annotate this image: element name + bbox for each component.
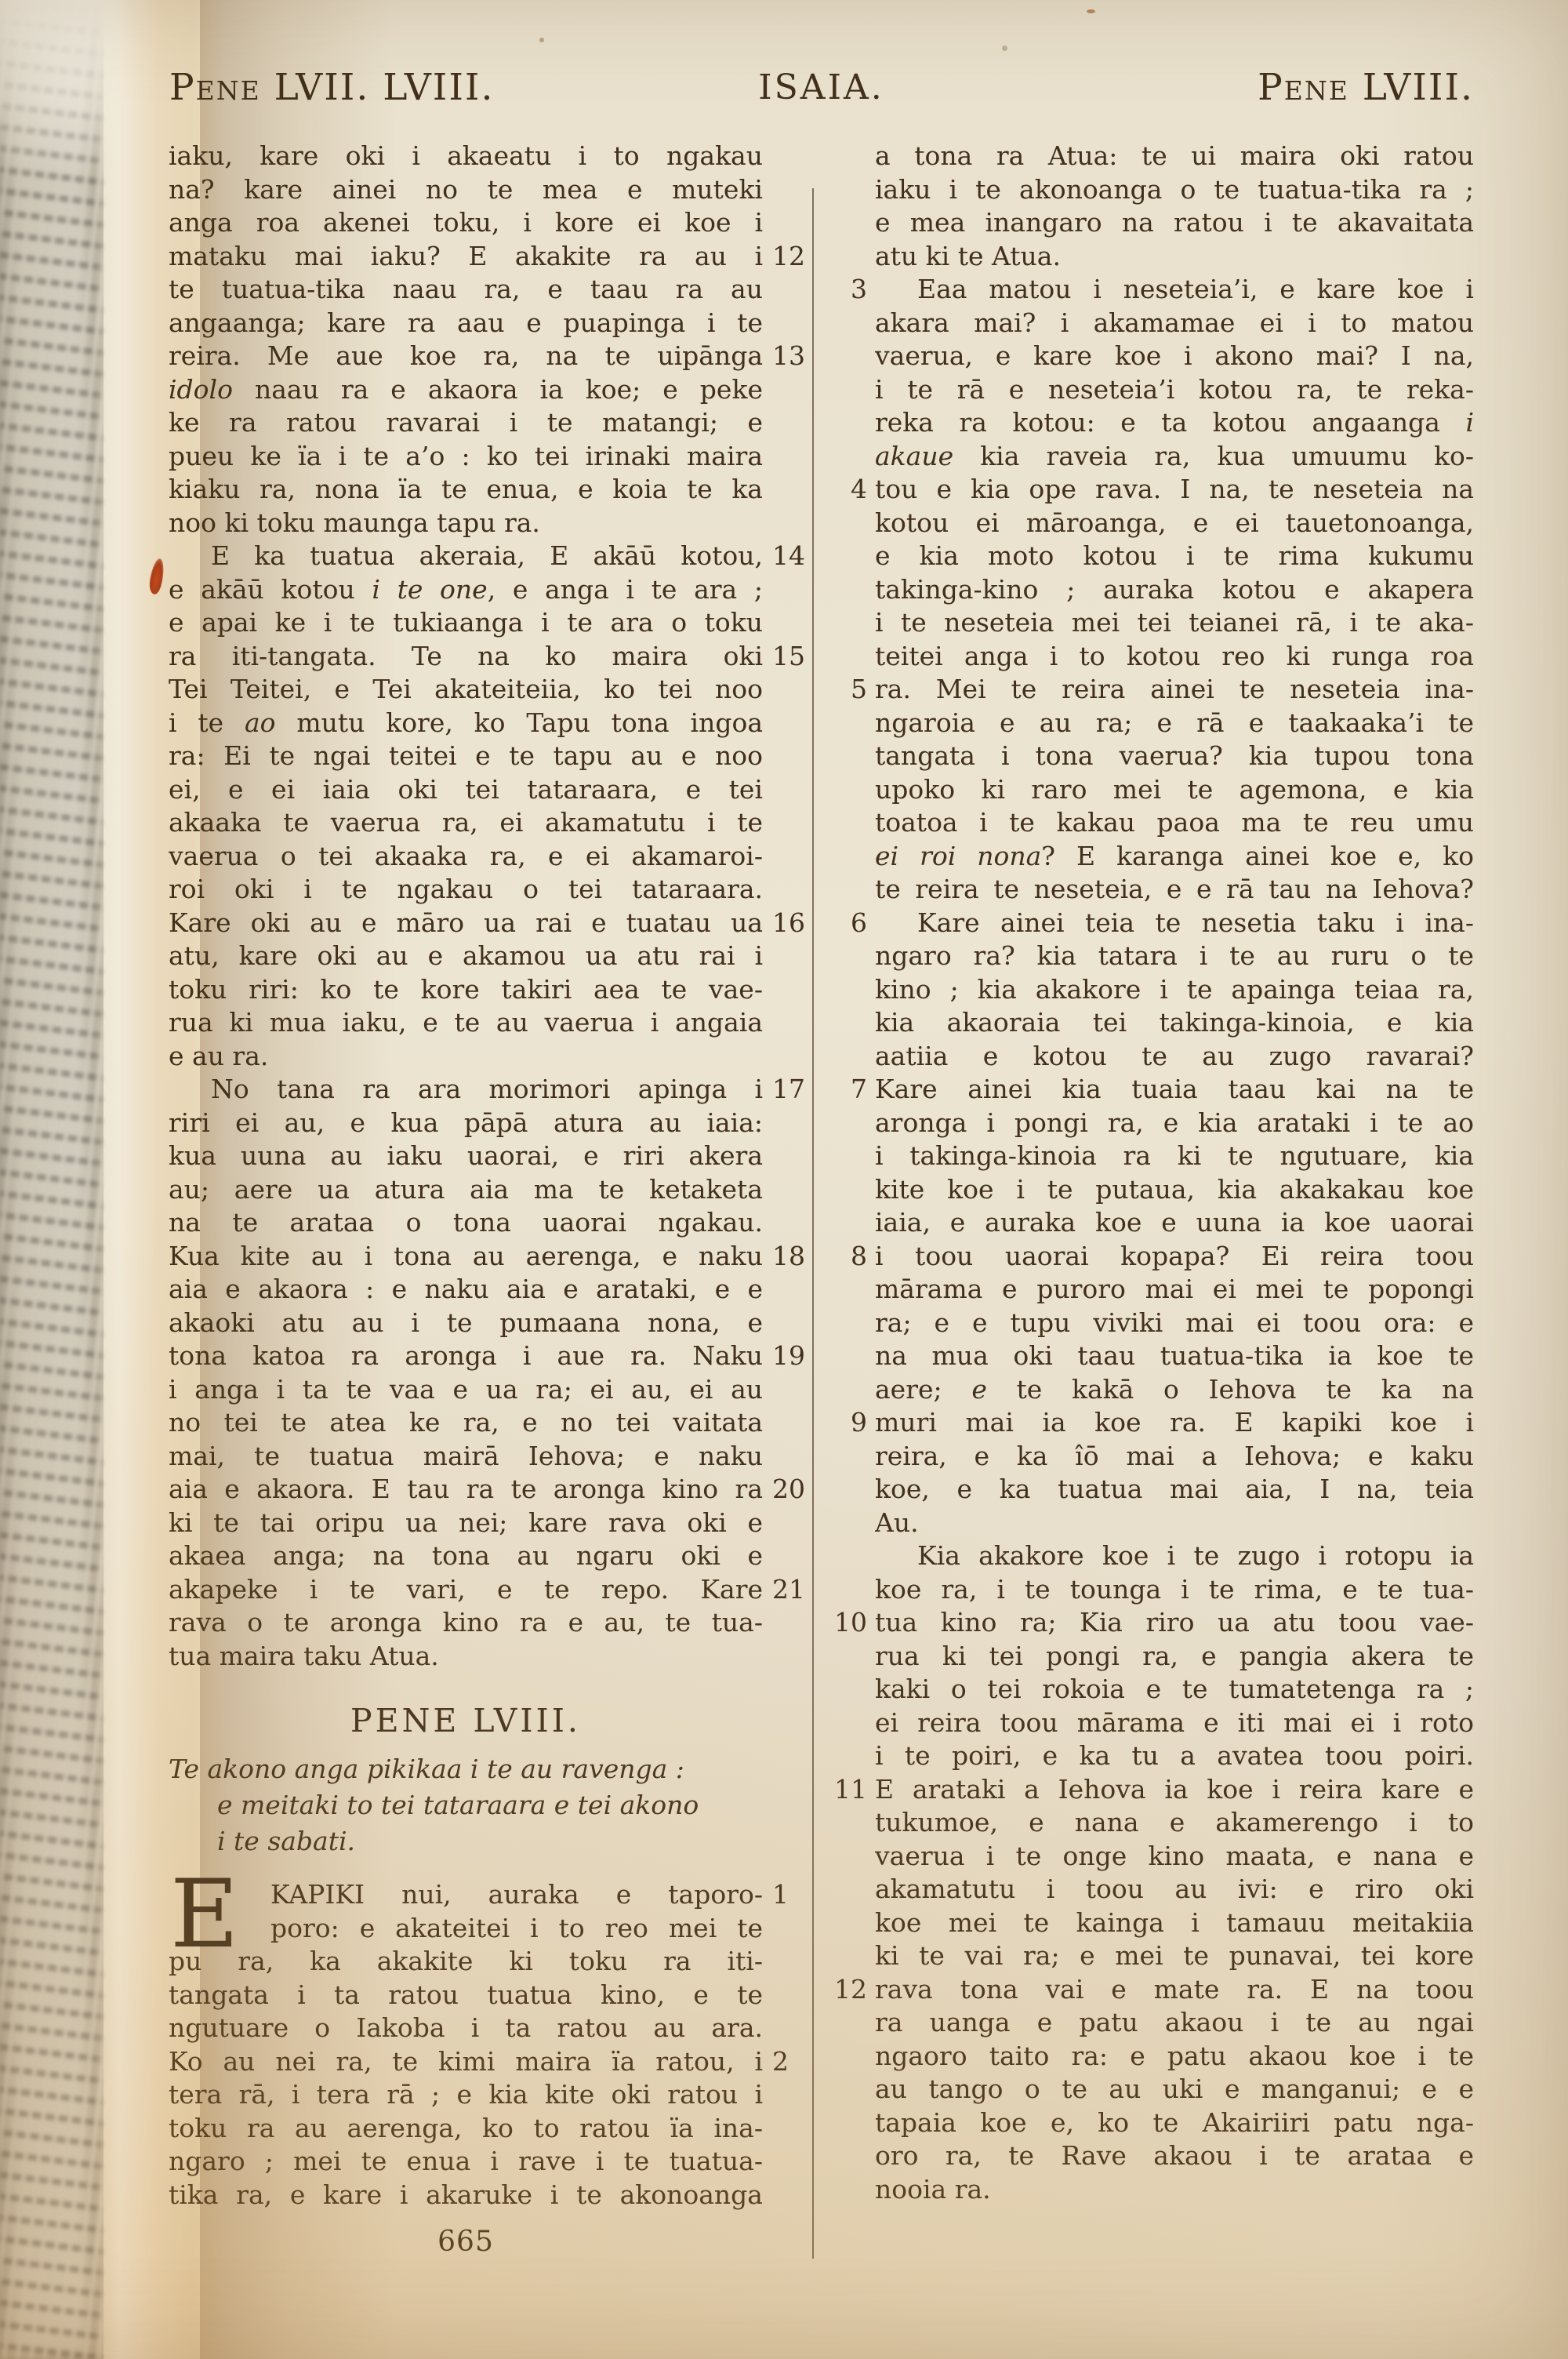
text-line: rua ki tei pongi ra, e pangia akera te bbox=[875, 1640, 1474, 1674]
text-line: i te poiri, e ka tu a avatea toou poiri. bbox=[875, 1739, 1474, 1773]
text-line: kua uuna au iaku uaorai, e riri akera bbox=[169, 1140, 763, 1173]
text-line: vaerua o tei akaaka ra, e ei akamaroi- bbox=[169, 840, 763, 874]
text-line: akaoki atu au i te pumaana nona, e bbox=[169, 1307, 763, 1340]
verse-number: 12 bbox=[772, 240, 805, 274]
text-line: akara mai? i akamamae ei i to matou bbox=[875, 307, 1474, 340]
text-line: ke ra ratou ravarai i te matangi; e bbox=[169, 406, 763, 440]
verse-number: 17 bbox=[772, 1073, 805, 1107]
text-line: kotou ei māroanga, e ei tauetonoanga, bbox=[875, 507, 1474, 540]
text-line: 16Kare oki au e māro ua rai e tuatau ua bbox=[169, 907, 763, 940]
text-line: ei roi nona? E karanga ainei koe e, ko bbox=[875, 840, 1474, 874]
paper-speck bbox=[539, 38, 544, 42]
text-line: i te ao mutu kore, ko Tapu tona ingoa bbox=[169, 707, 763, 740]
text-line: ra; e e tupu viviki mai ei toou ora: e bbox=[875, 1307, 1474, 1340]
text-line: e au ra. bbox=[169, 1040, 763, 1074]
text-line: ra uanga e patu akaou i te au ngai bbox=[875, 2006, 1474, 2040]
text-line: 18Kua kite au i tona au aerenga, e naku bbox=[169, 1240, 763, 1274]
text-line: anga roa akenei toku, i kore ei koe i bbox=[169, 206, 763, 240]
text-line: 19tona katoa ra aronga i aue ra. Naku bbox=[169, 1339, 763, 1373]
text-line: 2Ko au nei ra, te kimi maira ïa ratou, i bbox=[169, 2045, 763, 2079]
verse-number: 15 bbox=[772, 640, 805, 674]
text-line: iaku i te akonoanga o te tuatua-tika ra … bbox=[875, 173, 1474, 207]
text-line: aatiia e kotou te au zugo ravarai? bbox=[875, 1040, 1474, 1074]
text-line: e apai ke i te tukiaanga i te ara o toku bbox=[169, 606, 763, 640]
text-line: 15ra iti-tangata. Te na ko maira oki bbox=[169, 640, 763, 674]
text-line: tangata i tona vaerua? kia tupou tona bbox=[875, 740, 1474, 773]
text-line: 21akapeke i te vari, e te repo. Kare bbox=[169, 1573, 763, 1607]
text-line: reira, e ka îō mai a Iehova; e kaku bbox=[875, 1440, 1474, 1474]
text-line: toatoa i te kakau paoa ma te reu umu bbox=[875, 806, 1474, 840]
blurred-opposite-text bbox=[0, 0, 103, 2359]
text-line: iaia, e auraka koe e uuna ia koe uaorai bbox=[875, 1206, 1474, 1240]
opposite-page-stack bbox=[0, 0, 103, 2359]
text-line: 17No tana ra ara morimori apinga i bbox=[169, 1073, 763, 1107]
verse-number: 13 bbox=[772, 340, 805, 373]
text-line: kiaku ra, nona ïa te enua, e koia te ka bbox=[169, 473, 763, 507]
text-line: ngaroia e au ra; e rā e taakaaka’i te bbox=[875, 707, 1474, 740]
chapter-heading: PENE LVIII. bbox=[169, 1701, 763, 1740]
text-line: riri ei au, e kua pāpā atura au iaia: bbox=[169, 1107, 763, 1140]
text-line: atu, kare oki au e akamou ua atu rai i bbox=[169, 940, 763, 973]
verse-number: 12 bbox=[834, 1973, 867, 2007]
text-line: i te neseteia mei tei teianei rā, i te a… bbox=[875, 606, 1474, 640]
verse-number: 5 bbox=[851, 673, 867, 707]
text-line: tukumoe, e nana e akamerengo i to bbox=[875, 1806, 1474, 1840]
verse-number: 18 bbox=[772, 1240, 805, 1274]
verse-number: 4 bbox=[851, 473, 867, 507]
verse-number: 7 bbox=[851, 1073, 867, 1107]
text-line: a tona ra Atua: te ui maira oki ratou bbox=[875, 140, 1474, 173]
text-line: na? kare ainei no te mea e muteki bbox=[169, 173, 763, 207]
text-line: poro: e akateitei i to reo mei te bbox=[169, 1912, 763, 1946]
right-column: a tona ra Atua: te ui maira oki ratouiak… bbox=[875, 140, 1474, 2206]
text-line: ngaoro taito ra: e patu akaou koe i te bbox=[875, 2040, 1474, 2074]
verse-number: 1 bbox=[772, 1878, 789, 1912]
text-line: i te rā e neseteia’i kotou ra, te reka- bbox=[875, 373, 1474, 407]
text-line: tapaia koe e, ko te Akairiiri patu nga- bbox=[875, 2106, 1474, 2140]
text-line: vaerua, e kare koe i akono mai? I na, bbox=[875, 340, 1474, 373]
running-header-right: Pene LVIII. bbox=[1258, 66, 1474, 109]
text-line: takinga-kino ; auraka kotou e akapera bbox=[875, 573, 1474, 607]
text-line: 12mataku mai iaku? E akakite ra au i bbox=[169, 240, 763, 274]
text-line: Kia akakore koe i te zugo i rotopu ia bbox=[875, 1539, 1474, 1573]
text-line: Au. bbox=[875, 1507, 1474, 1540]
text-line: e akāū kotou i te one, e anga i te ara ; bbox=[169, 573, 763, 607]
text-line: kino ; kia akakore i te apainga teiaa ra… bbox=[875, 973, 1474, 1007]
text-line: teitei anga i to kotou reo ki runga roa bbox=[875, 640, 1474, 674]
text-line: pu ra, ka akakite ki toku ra iti- bbox=[169, 1945, 763, 1979]
text-line: rava o te aronga kino ra e au, te tua- bbox=[169, 1606, 763, 1640]
verse-number: 3 bbox=[851, 273, 867, 307]
text-line: i anga i ta te vaa e ua ra; ei au, ei au bbox=[169, 1373, 763, 1407]
text-line: 10tua kino ra; Kia riro ua atu toou vae- bbox=[875, 1606, 1474, 1640]
text-line: tua maira taku Atua. bbox=[169, 1640, 763, 1674]
text-line: te tuatua-tika naau ra, e taau ra au bbox=[169, 273, 763, 307]
text-line: nooia ra. bbox=[875, 2173, 1474, 2207]
book-page-photo: Pene LVII. LVIII. ISAIA. Pene LVIII. iak… bbox=[0, 0, 1568, 2359]
text-line: au tango o te au uki e manganui; e e bbox=[875, 2073, 1474, 2106]
text-line: 14E ka tuatua akeraia, E akāū kotou, bbox=[169, 540, 763, 573]
verse-number: 10 bbox=[834, 1606, 867, 1640]
text-line: ki te tai oripu ua nei; kare rava oki e bbox=[169, 1507, 763, 1540]
verse-number: 19 bbox=[772, 1339, 805, 1373]
verse-number: 16 bbox=[772, 907, 805, 940]
text-line: koe, e ka tuatua mai aia, I na, teia bbox=[875, 1473, 1474, 1507]
text-line: mārama e puroro mai ei mei te popongi bbox=[875, 1273, 1474, 1307]
verse-number: 20 bbox=[772, 1473, 805, 1507]
text-line: roi oki i te ngakau o tei tataraara. bbox=[169, 873, 763, 907]
text-line: tera rā, i tera rā ; e kia kite oki rato… bbox=[169, 2078, 763, 2112]
verse-number: 11 bbox=[834, 1773, 867, 1807]
text-line: aere; e te kakā o Iehova te ka na bbox=[875, 1373, 1474, 1407]
text-line: mai, te tuatua mairā Iehova; e naku bbox=[169, 1440, 763, 1474]
column-divider-rule bbox=[812, 188, 814, 2259]
text-line: toku riri: ko te kore takiri aea te vae- bbox=[169, 973, 763, 1007]
text-line: 20aia e akaora. E tau ra te aronga kino … bbox=[169, 1473, 763, 1507]
text-line: aia e akaora : e naku aia e arataki, e e bbox=[169, 1273, 763, 1307]
text-line: akaue kia raveia ra, kua umuumu ko- bbox=[875, 440, 1474, 474]
text-line: ei, e ei iaia oki tei tataraara, e tei bbox=[169, 773, 763, 807]
text-line: ngutuare o Iakoba i ta ratou au ara. bbox=[169, 2012, 763, 2045]
text-line: na te arataa o tona uaorai ngakau. bbox=[169, 1206, 763, 1240]
text-line: na mua oki taau tuatua-tika ia koe te bbox=[875, 1339, 1474, 1373]
text-line: au; aere ua atura aia ma te ketaketa bbox=[169, 1173, 763, 1207]
text-line: upoko ki raro mei te agemona, e kia bbox=[875, 773, 1474, 807]
text-line: idolo naau ra e akaora ia koe; e peke bbox=[169, 373, 763, 407]
text-line: angaanga; kare ra aau e puapinga i te bbox=[169, 307, 763, 340]
text-line: kia akaoraia tei takinga-kinoia, e kia bbox=[875, 1006, 1474, 1040]
verse-number: 6 bbox=[851, 907, 867, 940]
text-line: ki te vai ra; e mei te punavai, tei kore bbox=[875, 1939, 1474, 1973]
text-line: kaki o tei rokoia e te tumatetenga ra ; bbox=[875, 1673, 1474, 1707]
text-line: 9muri mai ia koe ra. E kapiki koe i bbox=[875, 1406, 1474, 1440]
text-line: Tei Teitei, e Tei akateiteiia, ko tei no… bbox=[169, 673, 763, 707]
text-line: oro ra, te Rave akaou i te arataa e bbox=[875, 2139, 1474, 2173]
text-line: 13reira. Me aue koe ra, na te uipānga bbox=[169, 340, 763, 373]
text-line: aronga i pongi ra, e kia arataki i te ao bbox=[875, 1107, 1474, 1140]
text-line: 6Kare ainei teia te nesetia taku i ina- bbox=[875, 907, 1474, 940]
verse-number: 21 bbox=[772, 1573, 805, 1607]
text-line: vaerua i te onge kino maata, e nana e bbox=[875, 1840, 1474, 1874]
text-line: e mea inangaro na ratou i te akavaitata bbox=[875, 206, 1474, 240]
summary-line: e meitaki to tei tataraara e tei akono bbox=[169, 1787, 763, 1823]
verse-number: 9 bbox=[851, 1406, 867, 1440]
text-line: te reira te neseteia, e e rā tau na Ieho… bbox=[875, 873, 1474, 907]
verse-number: 14 bbox=[772, 540, 805, 573]
summary-line: Te akono anga pikikaa i te au ravenga : bbox=[169, 1751, 763, 1787]
text-line: akaaka te vaerua ra, ei akamatutu i te bbox=[169, 806, 763, 840]
text-line: akaea anga; na tona au ngaru oki e bbox=[169, 1539, 763, 1573]
text-line: koe ra, i te tounga i te rima, e te tua- bbox=[875, 1573, 1474, 1607]
text-line: 4tou e kia ope rava. I na, te neseteia n… bbox=[875, 473, 1474, 507]
paper-speck bbox=[1002, 45, 1007, 51]
verse-number: 8 bbox=[851, 1240, 867, 1274]
text-line: no tei te atea ke ra, e no tei vaitata bbox=[169, 1406, 763, 1440]
left-column: iaku, kare oki i akaeatu i to ngakauna? … bbox=[169, 140, 763, 2212]
text-line: e kia moto kotou i te rima kukumu bbox=[875, 540, 1474, 573]
text-line: ei reira toou mārama e iti mai ei i roto bbox=[875, 1707, 1474, 1740]
paper-speck bbox=[1087, 9, 1095, 13]
text-line: i takinga-kinoia ra ki te ngutuare, kia bbox=[875, 1140, 1474, 1173]
text-line: 5ra. Mei te reira ainei te neseteia ina- bbox=[875, 673, 1474, 707]
text-block: iaku, kare oki i akaeatu i to ngakauna? … bbox=[169, 140, 763, 1673]
verse-number: 2 bbox=[772, 2045, 789, 2079]
text-line: toku ra au aerenga, ko to ratou ïa ina- bbox=[169, 2112, 763, 2146]
text-line: 7Kare ainei kia tuaia taau kai na te bbox=[875, 1073, 1474, 1107]
text-line: rua ki mua iaku, e te au vaerua i angaia bbox=[169, 1006, 763, 1040]
text-line: reka ra kotou: e ta kotou angaanga i bbox=[875, 406, 1474, 440]
text-line: iaku, kare oki i akaeatu i to ngakau bbox=[169, 140, 763, 173]
text-line: 8i toou uaorai kopapa? Ei reira toou bbox=[875, 1240, 1474, 1274]
text-line: ra: Ei te ngai teitei e te tapu au e noo bbox=[169, 740, 763, 773]
summary-line: i te sabati. bbox=[169, 1823, 763, 1859]
chapter-summary: Te akono anga pikikaa i te au ravenga :e… bbox=[169, 1751, 763, 1859]
text-line: 1KAPIKI nui, auraka e taporo- bbox=[169, 1878, 763, 1912]
text-line: 3Eaa matou i neseteia’i, e kare koe i bbox=[875, 273, 1474, 307]
text-block: a tona ra Atua: te ui maira oki ratouiak… bbox=[875, 140, 1474, 2206]
text-line: atu ki te Atua. bbox=[875, 240, 1474, 274]
text-line: pueu ke ïa i te a’o : ko tei irinaki mai… bbox=[169, 440, 763, 474]
text-line: ngaro ra? kia tatara i te au ruru o te bbox=[875, 940, 1474, 973]
page-number: 665 bbox=[169, 2226, 763, 2258]
text-line: tangata i ta ratou tuatua kino, e te bbox=[169, 1979, 763, 2012]
text-line: ngaro ; mei te enua i rave i te tuatua- bbox=[169, 2145, 763, 2179]
text-line: 12rava tona vai e mate ra. E na toou bbox=[875, 1973, 1474, 2007]
text-line: koe mei te kainga i tamauu meitakiia bbox=[875, 1906, 1474, 1940]
text-line: akamatutu i toou au ivi: e riro oki bbox=[875, 1873, 1474, 1906]
text-line: 11E arataki a Iehova ia koe i reira kare… bbox=[875, 1773, 1474, 1807]
text-line: kite koe i te putaua, kia akakakau koe bbox=[875, 1173, 1474, 1207]
drop-cap-paragraph: E1KAPIKI nui, auraka e taporo-poro: e ak… bbox=[169, 1878, 763, 2212]
text-line: tika ra, e kare i akaruke i te akonoanga bbox=[169, 2179, 763, 2212]
text-line: noo ki toku maunga tapu ra. bbox=[169, 507, 763, 540]
